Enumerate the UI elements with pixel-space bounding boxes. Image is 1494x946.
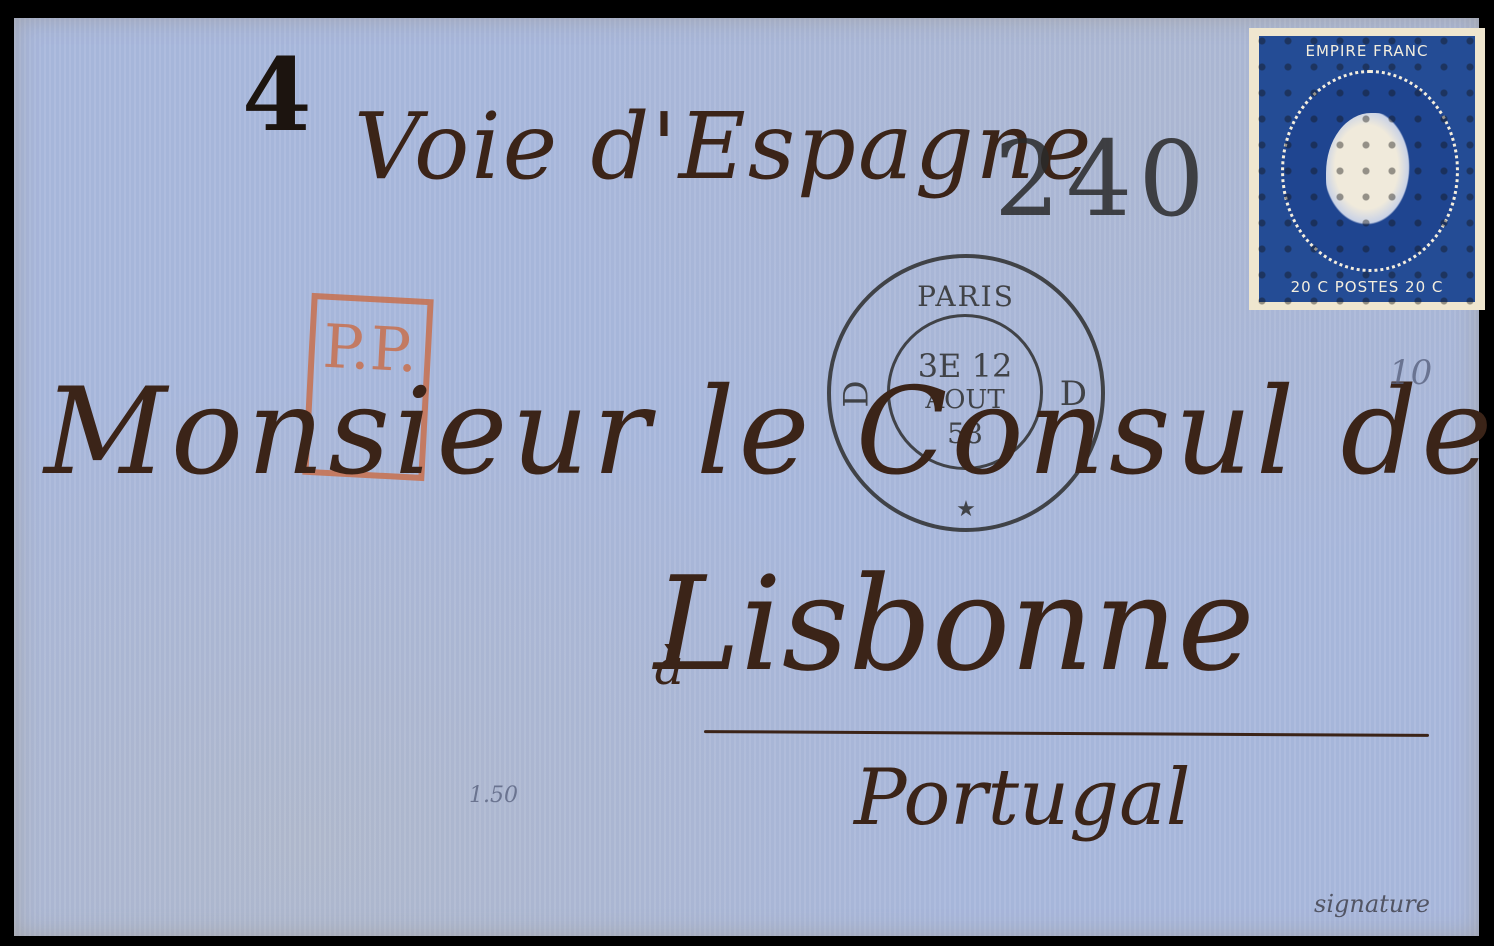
postage-stamp: EMPIRE FRANC 20 C POSTES 20 C xyxy=(1249,28,1485,310)
underline-rule xyxy=(704,730,1429,737)
postmark-city: PARIS xyxy=(831,280,1101,313)
pencil-note-2: 10 xyxy=(1389,353,1432,393)
address-line-2: Lisbonne xyxy=(654,548,1255,700)
address-line-1: Monsieur le Consul de France xyxy=(44,363,1494,502)
lozenge-cancel xyxy=(1249,28,1485,310)
pencil-note-1: 1.50 xyxy=(469,783,518,808)
route-instruction: Voie d'Espagne xyxy=(354,93,1093,200)
rate-handstamp: 240 xyxy=(994,118,1211,240)
corner-manuscript-mark: 4 xyxy=(242,36,312,154)
address-line-3: Portugal xyxy=(854,753,1191,843)
expert-signature: signature xyxy=(1314,890,1430,918)
